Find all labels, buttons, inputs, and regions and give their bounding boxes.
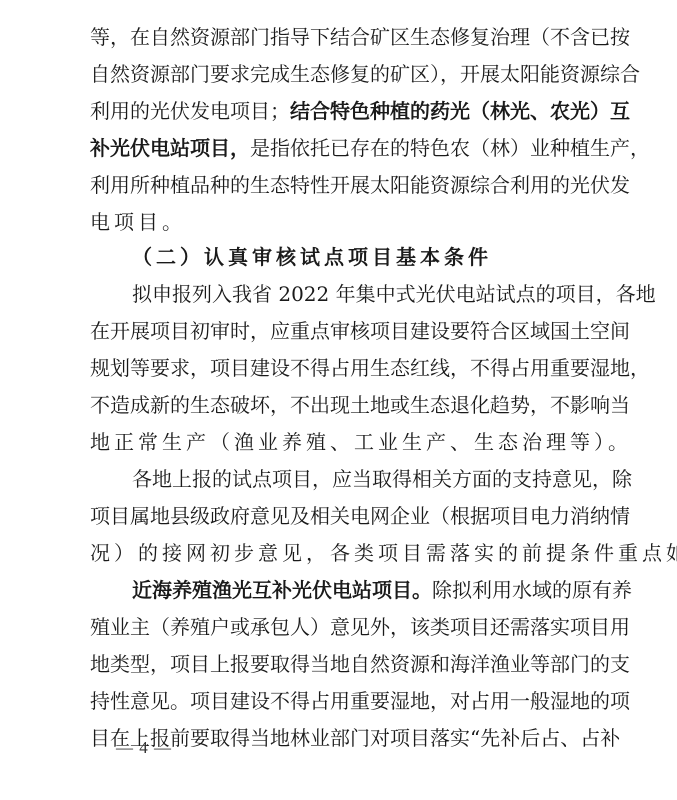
text-line: 拟申报列入我省 2022 年集中式光伏电站试点的项目，各地 [132,282,580,306]
text-span: 等，在自然资源部门指导下结合矿区生态修复治理（不含已按 [90,25,630,49]
text-span: 持性意见。项目建设不得占用重要湿地，对占用一般湿地的项 [90,689,630,713]
text-line: 各地上报的试点项目，应当取得相关方面的支持意见，除 [132,467,580,491]
text-line: 持性意见。项目建设不得占用重要湿地，对占用一般湿地的项 [90,689,580,713]
text-span: 不造成新的生态破坏，不出现土地或生态退化趋势，不影响当 [90,393,630,417]
text-span: 在开展项目初审时，应重点审核项目建设要符合区域国土空间 [90,319,630,343]
text-span: 况）的接网初步意见，各类项目需落实的前提条件重点如下： [90,541,677,565]
bold-text-span: 结合特色种植的药光（林光、农光）互 [290,99,630,123]
page-number: — 4 — [116,738,172,758]
text-line: 电项目。 [90,210,186,234]
text-span: 除拟利用水域的原有养 [432,578,632,602]
text-line: 地类型，项目上报要取得当地自然资源和海洋渔业等部门的支 [90,652,580,676]
text-span: 殖业主（养殖户或承包人）意见外，该类项目还需落实项目用 [90,615,630,639]
bold-text-span: 近海养殖渔光互补光伏电站项目。 [132,578,432,602]
text-line: 自然资源部门要求完成生态修复的矿区），开展太阳能资源综合 [90,62,580,86]
bold-text-span: （二）认真审核试点项目基本条件 [132,245,492,269]
text-line: 地正常生产（渔业养殖、工业生产、生态治理等）。 [90,430,632,454]
text-line: 不造成新的生态破坏，不出现土地或生态退化趋势，不影响当 [90,393,580,417]
text-line: 况）的接网初步意见，各类项目需落实的前提条件重点如下： [90,541,677,565]
text-span: 拟申报列入我省 2022 年集中式光伏电站试点的项目，各地 [132,282,656,306]
text-span: 自然资源部门要求完成生态修复的矿区），开展太阳能资源综合 [90,62,640,86]
document-page: 等，在自然资源部门指导下结合矿区生态修复治理（不含已按自然资源部门要求完成生态修… [0,0,677,800]
text-span: 利用的光伏发电项目； [90,99,290,123]
text-span: 电项目。 [90,210,186,234]
text-span: 地类型，项目上报要取得当地自然资源和海洋渔业等部门的支 [90,652,630,676]
text-line: 近海养殖渔光互补光伏电站项目。除拟利用水域的原有养 [132,578,580,602]
text-line: 利用所种植品种的生态特性开展太阳能资源综合利用的光伏发 [90,173,580,197]
text-line: 在开展项目初审时，应重点审核项目建设要符合区域国土空间 [90,319,580,343]
text-line: 补光伏电站项目，是指依托已存在的特色农（林）业种植生产， [90,136,580,160]
text-line: 等，在自然资源部门指导下结合矿区生态修复治理（不含已按 [90,25,580,49]
text-line: 规划等要求，项目建设不得占用生态红线，不得占用重要湿地， [90,356,580,380]
text-line: 殖业主（养殖户或承包人）意见外，该类项目还需落实项目用 [90,615,580,639]
text-span: 项目属地县级政府意见及相关电网企业（根据项目电力消纳情 [90,504,630,528]
text-line: 项目属地县级政府意见及相关电网企业（根据项目电力消纳情 [90,504,580,528]
text-span: 地正常生产（渔业养殖、工业生产、生态治理等）。 [90,430,632,454]
text-span: 规划等要求，项目建设不得占用生态红线，不得占用重要湿地， [90,356,650,380]
section-heading: （二）认真审核试点项目基本条件 [132,245,492,269]
text-line: 利用的光伏发电项目；结合特色种植的药光（林光、农光）互 [90,99,580,123]
text-span: 各地上报的试点项目，应当取得相关方面的支持意见，除 [132,467,632,491]
bold-text-span: 补光伏电站项目， [90,136,250,160]
text-span: 利用所种植品种的生态特性开展太阳能资源综合利用的光伏发 [90,173,630,197]
text-span: 是指依托已存在的特色农（林）业种植生产， [250,136,650,160]
